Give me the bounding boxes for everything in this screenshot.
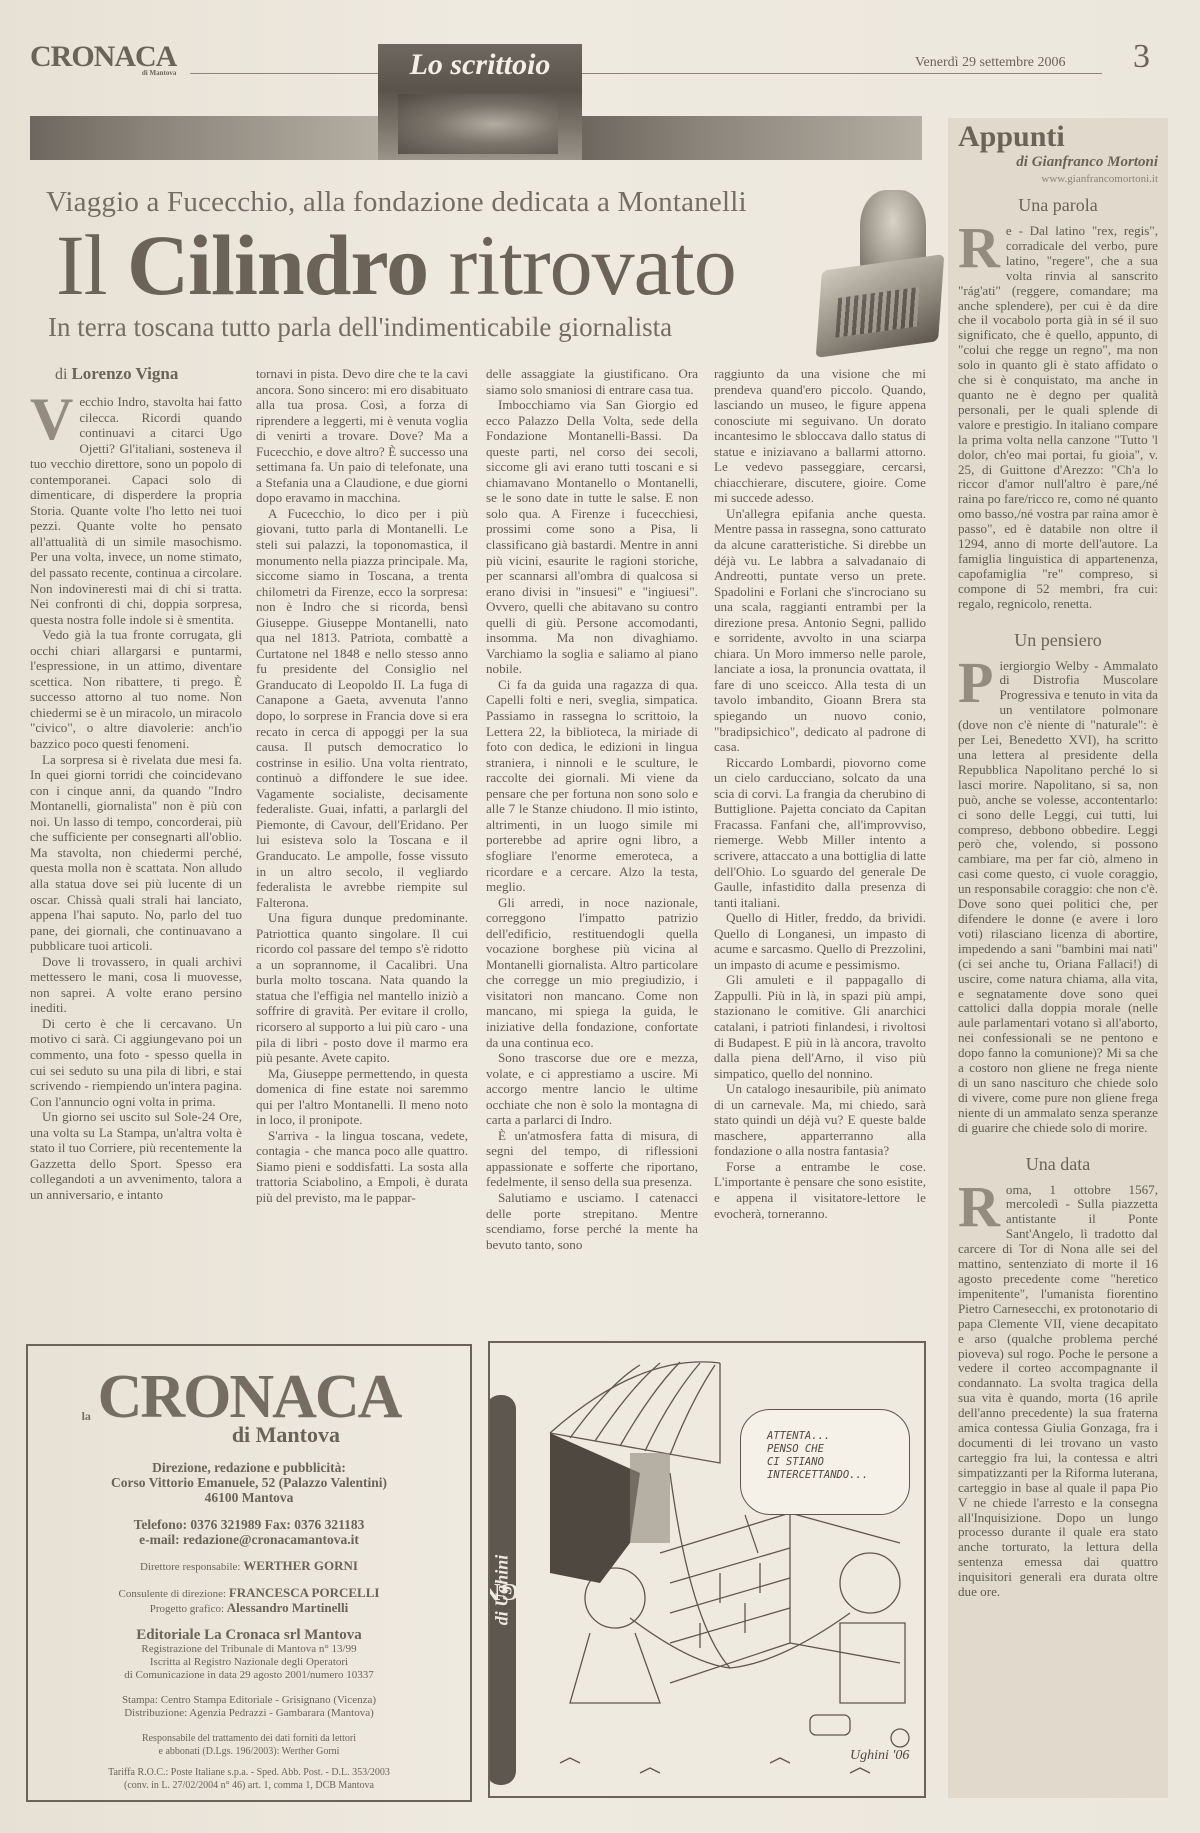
bubble-line: INTERCETTANDO... <box>767 1469 909 1482</box>
article-paragraph: È un'atmosfera fatta di misura, di segni… <box>486 1128 698 1190</box>
tariff-line: Tariffa R.O.C.: Poste Italiane s.p.a. - … <box>28 1766 470 1779</box>
headline-text: Il <box>56 217 127 313</box>
tariff-line: (conv. in L. 27/02/2004 n° 46) art. 1, c… <box>28 1779 470 1792</box>
sidebar-title: Appunti <box>958 120 1158 154</box>
value: WERTHER GORNI <box>243 1558 358 1573</box>
sidebar-text-una-data: Roma, 1 ottobre 1567, mercoledì - Sulla … <box>958 1183 1158 1600</box>
dropcap: R <box>958 226 1000 270</box>
spacer <box>28 1682 470 1694</box>
newspaper-page: CRONACA di Mantova Lo scrittoio Venerdì … <box>0 0 1200 1833</box>
sidebar-text-un-pensiero: Piergiorgio Welby - Ammalato di Distrofi… <box>958 659 1158 1136</box>
article-paragraph: Sono trascorse due ore e mezza, volate, … <box>486 1050 698 1128</box>
headline-text: ritrovato <box>428 217 736 313</box>
address-label: Direzione, redazione e pubblicità: <box>28 1460 470 1475</box>
page-number: 3 <box>1133 38 1150 76</box>
article-paragraph: Gli arredi, in noce nazionale, correggon… <box>486 895 698 1050</box>
article-paragraph: Un giorno sei uscito sul Sole-24 Ore, un… <box>30 1109 242 1202</box>
logo-prefix: la <box>82 1410 91 1422</box>
sidebar-paragraph: oma, 1 ottobre 1567, mercoledì - Sulla p… <box>958 1182 1158 1599</box>
article-paragraph: La sorpresa si è rivelata due mesi fa. I… <box>30 752 242 954</box>
director-line: Direttore responsabile: WERTHER GORNI <box>28 1559 470 1574</box>
header-rule-left <box>190 73 378 74</box>
headline-bold-text: Cilindro <box>127 217 428 313</box>
section-banner: Lo scrittoio <box>378 44 582 160</box>
article-byline: di Lorenzo Vigna <box>55 364 178 384</box>
article-paragraph: Dove li trovassero, in quali archivi met… <box>30 954 242 1016</box>
bubble-line: ATTENTA... <box>767 1430 909 1443</box>
bubble-line: CI STIANO <box>767 1456 909 1469</box>
spacer <box>28 1720 470 1732</box>
article-paragraph: delle assaggiate la giustificano. Ora si… <box>486 366 698 397</box>
label: Direttore responsabile: <box>140 1561 243 1573</box>
spacer <box>28 1448 470 1460</box>
email: e-mail: redazione@cronacamantova.it <box>28 1532 470 1547</box>
header-band-right <box>582 116 922 160</box>
publisher: Editoriale La Cronaca srl Mantova <box>28 1628 470 1643</box>
desk-photo <box>398 94 558 154</box>
phone-fax: Telefono: 0376 321989 Fax: 0376 321183 <box>28 1517 470 1532</box>
article-paragraph: Riccardo Lombardi, piovorno come un ciel… <box>714 755 926 910</box>
privacy-line: e abbonati (D.Lgs. 196/2003): Werther Go… <box>28 1745 470 1758</box>
tab-title: LA VIGNETTA <box>488 1577 583 1604</box>
header-rule-right <box>582 73 1102 74</box>
address-line: 46100 Mantova <box>28 1490 470 1505</box>
sidebar-author: di Gianfranco Mortoni <box>958 154 1158 171</box>
article-paragraph: A Fucecchio, lo dico per i più giovani, … <box>256 506 468 910</box>
design-line: Progetto grafico: Alessandro Martinelli <box>28 1601 470 1616</box>
sidebar-paragraph: e - Dal latino "rex, regis", corradicale… <box>958 223 1158 611</box>
masthead-info-box: laCRONACA di Mantova Direzione, redazion… <box>26 1344 472 1802</box>
vignetta-label: LA VIGNETTA di Ughini <box>488 1555 515 1626</box>
sidebar-heading-un-pensiero: Un pensiero <box>958 630 1158 651</box>
registration-line: Registrazione del Tribunale di Mantova n… <box>28 1643 470 1656</box>
article-subhead: In terra toscana tutto parla dell'indime… <box>48 312 672 343</box>
sidebar-heading-una-parola: Una parola <box>958 195 1158 216</box>
value: Alessandro Martinelli <box>227 1600 348 1615</box>
distribution-line: Distribuzione: Agenzia Pedrazzi - Gambar… <box>28 1707 470 1720</box>
label: Progetto grafico: <box>150 1603 227 1615</box>
article-paragraph: Forse a entrambe le cose. L'importante è… <box>714 1159 926 1221</box>
article-paragraph: Una figura dunque predominante. Patriott… <box>256 910 468 1065</box>
article-paragraph: Vedo già la tua fronte corrugata, gli oc… <box>30 627 242 751</box>
issue-date: Venerdì 29 settembre 2006 <box>915 55 1065 71</box>
article-paragraph: Quello di Hitler, freddo, da brividi. Qu… <box>714 910 926 972</box>
speech-bubble: ATTENTA... PENSO CHE CI STIANO INTERCETT… <box>740 1409 910 1515</box>
article-paragraph: Un catalogo inesauribile, più animato di… <box>714 1081 926 1159</box>
article-column-3: delle assaggiate la giustificano. Ora si… <box>486 366 698 1252</box>
article-paragraph: Un'allegra epifania anche questa. Mentre… <box>714 506 926 755</box>
masthead-subtitle: di Mantova <box>142 69 176 77</box>
article-paragraph: S'arriva - la lingua toscana, vedete, co… <box>256 1128 468 1206</box>
byline-author: Lorenzo Vigna <box>71 364 178 383</box>
article-headline: Il Cilindro ritrovato <box>56 222 736 308</box>
sidebar-text-una-parola: Re - Dal latino "rex, regis", corradical… <box>958 224 1158 612</box>
article-kicker: Viaggio a Fucecchio, alla fondazione ded… <box>46 186 747 219</box>
dropcap: P <box>958 661 993 705</box>
address-line: Corso Vittorio Emanuele, 52 (Palazzo Val… <box>28 1475 470 1490</box>
article-paragraph: Imbocchiamo via San Giorgio ed ecco Pala… <box>486 397 698 677</box>
article-column-2: tornavi in pista. Devo dire che te la ca… <box>256 366 468 1206</box>
article-paragraph: Vecchio Indro, stavolta hai fatto cilecc… <box>30 394 242 627</box>
spacer <box>28 1758 470 1766</box>
consultant-line: Consulente di direzione: FRANCESCA PORCE… <box>28 1586 470 1601</box>
sidebar-website: www.gianfrancomortoni.it <box>958 173 1158 185</box>
article-column-1: Vecchio Indro, stavolta hai fatto cilecc… <box>30 394 242 1202</box>
article-paragraph: Gli amuleti e il pappagallo di Zappulli.… <box>714 972 926 1081</box>
article-paragraph: Ma, Giuseppe permettendo, in questa dome… <box>256 1066 468 1128</box>
sidebar-paragraph: iergiorgio Welby - Ammalato di Distrofia… <box>958 658 1158 1135</box>
registration-line: Iscritta al Registro Nazionale degli Ope… <box>28 1656 470 1669</box>
print-line: Stampa: Centro Stampa Editoriale - Grisi… <box>28 1694 470 1707</box>
cartoonist-signature: Ughini '06 <box>850 1748 909 1764</box>
label: Consulente di direzione: <box>119 1588 229 1600</box>
sidebar-heading-una-data: Una data <box>958 1154 1158 1175</box>
spacer <box>28 1505 470 1517</box>
logo-text: CRONACA <box>98 1363 401 1431</box>
registration-line: di Comunicazione in data 29 agosto 2001/… <box>28 1669 470 1682</box>
byline-prefix: di <box>55 366 71 383</box>
article-column-4: raggiunto da una visione che mi prendeva… <box>714 366 926 1221</box>
dropcap: V <box>30 396 73 442</box>
vignetta-cartoon: LA VIGNETTA di Ughini ATTENTA... PENSO C… <box>488 1341 926 1798</box>
dropcap: R <box>958 1185 1000 1229</box>
article-paragraph: Di certo è che li cercavano. Un motivo c… <box>30 1016 242 1109</box>
value: FRANCESCA PORCELLI <box>229 1585 380 1600</box>
article-paragraph: tornavi in pista. Devo dire che te la ca… <box>256 366 468 506</box>
article-paragraph: raggiunto da una visione che mi prendeva… <box>714 366 926 506</box>
masthead-logo: CRONACA di Mantova <box>30 40 176 74</box>
privacy-line: Responsabile del trattamento dei dati fo… <box>28 1732 470 1745</box>
article-paragraph: Salutiamo e usciamo. I catenacci delle p… <box>486 1190 698 1252</box>
appunti-sidebar: Appunti di Gianfranco Mortoni www.gianfr… <box>948 118 1168 1798</box>
vignetta-label-tab: LA VIGNETTA di Ughini <box>488 1395 516 1785</box>
bubble-line: PENSO CHE <box>767 1443 909 1456</box>
typewriter-image <box>816 254 945 358</box>
header-band-left <box>30 116 378 160</box>
cronaca-logo: laCRONACA <box>98 1366 401 1428</box>
section-title: Lo scrittoio <box>378 48 582 82</box>
article-paragraph: Ci fa da guida una ragazza di qua. Capel… <box>486 677 698 895</box>
